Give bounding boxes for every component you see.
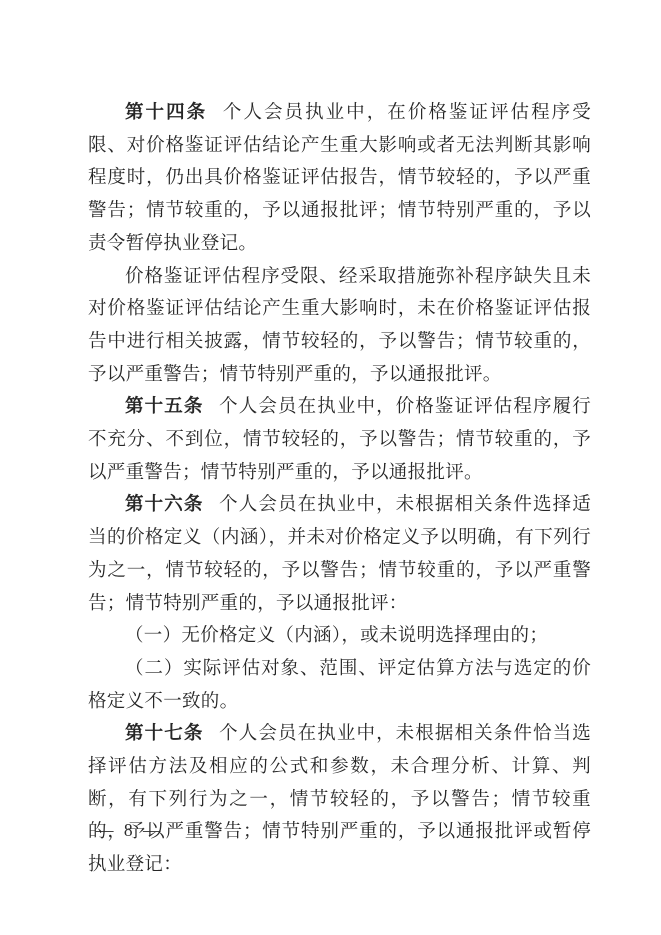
article-16-list-item-1: （一）无价格定义（内涵），或未说明选择理由的； [88,620,591,653]
article-16-paragraph: 第十六条个人会员在执业中，未根据相关条件选择适当的价格定义（内涵），并未对价格定… [88,489,591,620]
article-14-continuation-paragraph: 价格鉴证评估程序受限、经采取措施弥补程序缺失且未对价格鉴证评估结论产生重大影响时… [88,261,591,392]
article-16-list-item-2-text: （二）实际评估对象、范围、评定估算方法与选定的价格定义不一致的。 [88,659,591,712]
article-16-list-item-1-text: （一）无价格定义（内涵），或未说明选择理由的； [125,626,548,646]
article-17-paragraph: 第十七条个人会员在执业中，未根据相关条件恰当选择评估方法及相应的公式和参数，未合… [88,718,591,882]
article-15-paragraph: 第十五条个人会员在执业中，价格鉴证评估程序履行不充分、不到位，情节较轻的，予以警… [88,391,591,489]
article-17-text: 个人会员在执业中，未根据相关条件恰当选择评估方法及相应的公式和参数，未合理分析、… [88,724,591,875]
page-number: — 8 — [96,815,164,845]
article-16-term: 第十六条 [125,495,203,515]
document-page: 第十四条个人会员执业中，在价格鉴证评估程序受限、对价格鉴证评估结论产生重大影响或… [0,0,661,935]
article-14-continuation-text: 价格鉴证评估程序受限、经采取措施弥补程序缺失且未对价格鉴证评估结论产生重大影响时… [88,267,591,385]
article-14-term: 第十四条 [125,103,207,123]
article-17-term: 第十七条 [125,724,203,744]
article-14-paragraph: 第十四条个人会员执业中，在价格鉴证评估程序受限、对价格鉴证评估结论产生重大影响或… [88,97,591,261]
document-body: 第十四条个人会员执业中，在价格鉴证评估程序受限、对价格鉴证评估结论产生重大影响或… [88,97,591,882]
article-15-term: 第十五条 [125,397,203,417]
article-14-text: 个人会员执业中，在价格鉴证评估程序受限、对价格鉴证评估结论产生重大影响或者无法判… [88,103,591,254]
article-16-list-item-2: （二）实际评估对象、范围、评定估算方法与选定的价格定义不一致的。 [88,653,591,718]
